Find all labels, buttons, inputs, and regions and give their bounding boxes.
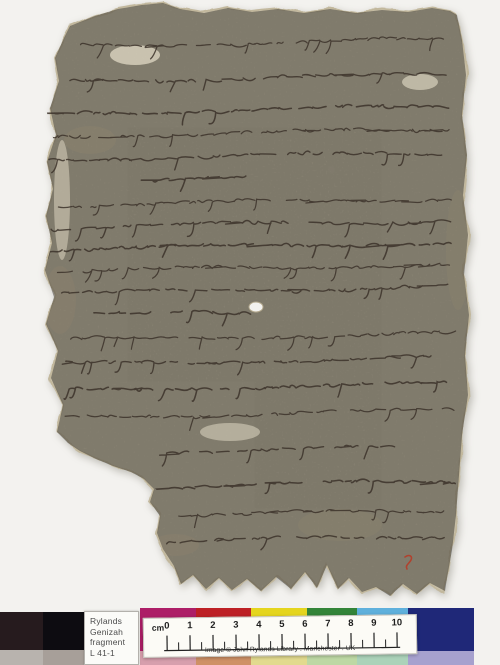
ruler-number: 3 [233,620,238,631]
ruler-number: 9 [371,618,376,629]
scale-ruler: cm 012345678910 Image © John Rylands Lib… [143,614,418,658]
grayscale-patch-light [43,650,85,665]
ruler-number: 5 [279,619,284,630]
shelfmark-label-card: RylandsGenizahfragmentL 41-1 [84,611,139,665]
ruler-number: 7 [325,618,330,629]
color-patch-pastel [408,651,474,665]
ruler-number: 4 [256,619,261,630]
shelfmark-label-line: Rylands [90,616,138,627]
grayscale-patch-light [0,650,43,665]
ruler-number: 6 [302,619,307,630]
paper-hole [249,302,263,312]
ruler-number: 2 [210,620,215,631]
shelfmark-label-line: L 41-1 [90,648,138,659]
ruler-number: 0 [164,621,169,632]
manuscript-fragment-image [0,0,500,610]
shelfmark-label-line: Genizah [90,627,138,638]
ruler-number: 8 [348,618,353,629]
digitised-manuscript-page: RylandsGenizahfragmentL 41-1 cm 01234567… [0,0,500,665]
ruler-number: 1 [187,620,192,631]
shelfmark-label-line: fragment [90,637,138,648]
ruler-number: 10 [391,617,402,628]
grayscale-patch-dark [43,612,85,650]
grayscale-patch-dark [0,612,43,650]
